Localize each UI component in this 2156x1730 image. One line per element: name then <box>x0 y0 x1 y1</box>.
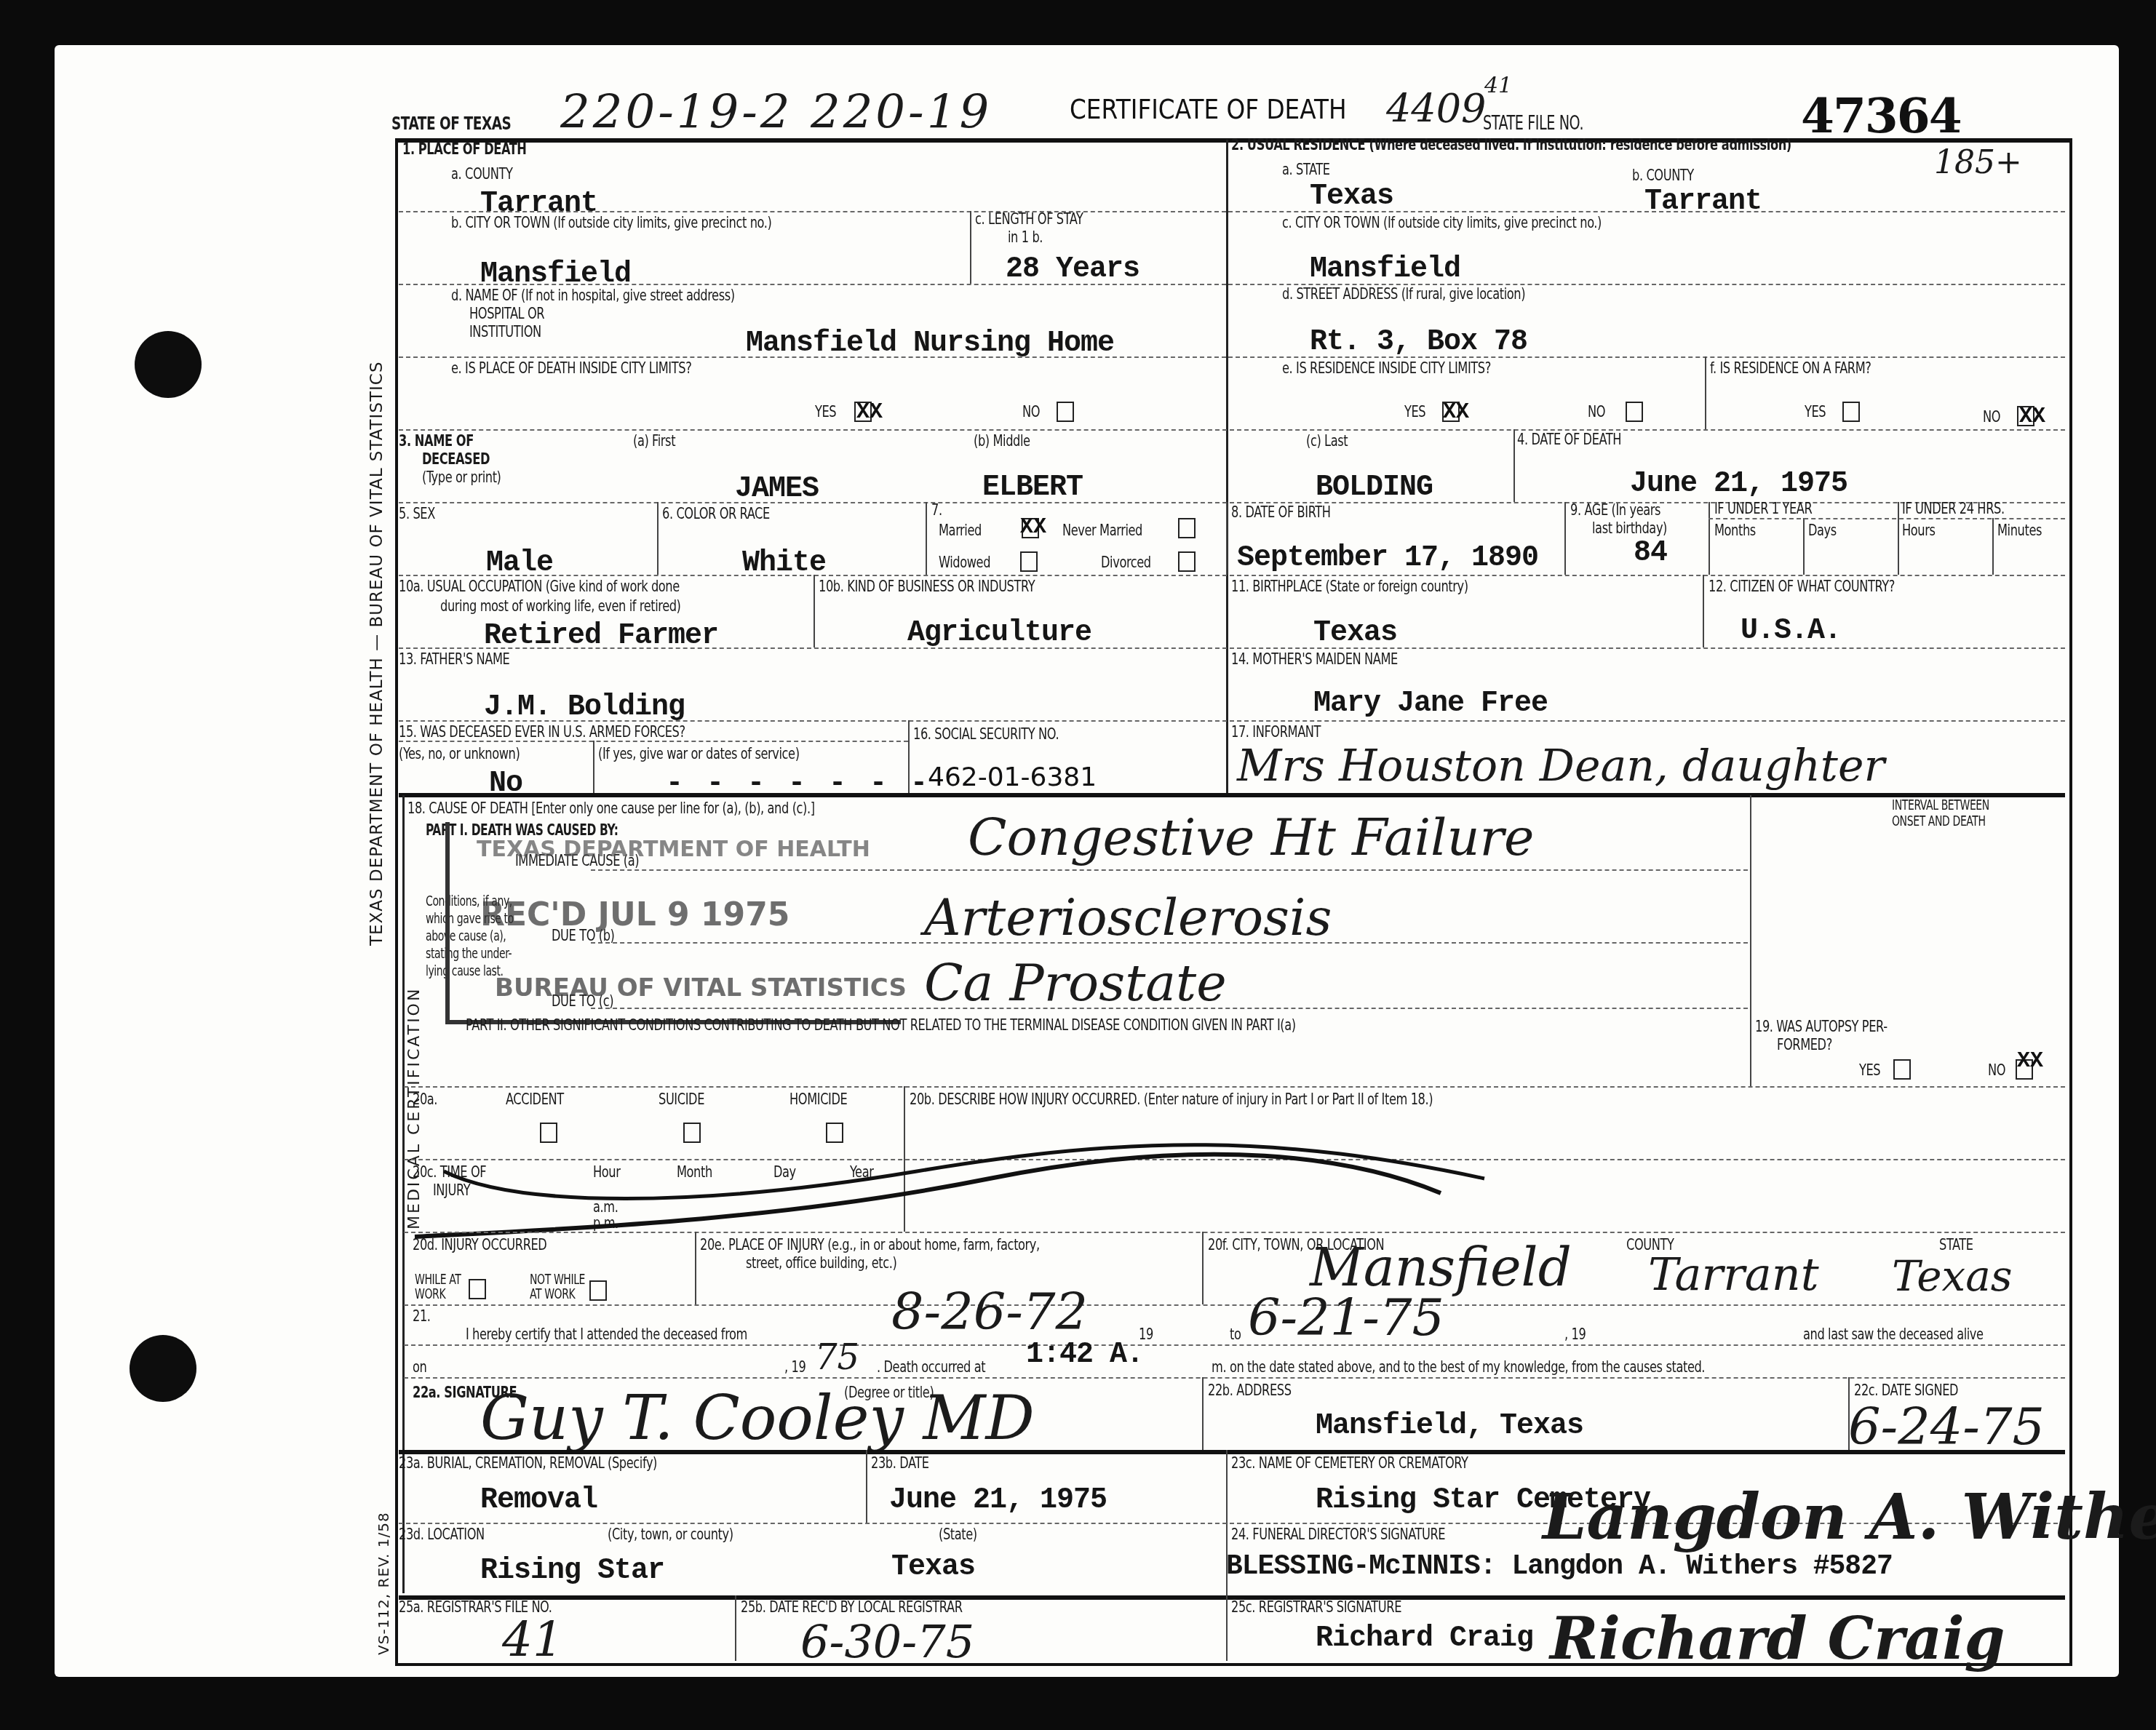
never-married-label: Never Married <box>1062 522 1142 539</box>
injury-strikethrough-strokes <box>407 1135 1863 1251</box>
homicide-label: HOMICIDE <box>789 1091 847 1108</box>
place-injury-label-2: street, office building, etc.) <box>746 1255 896 1272</box>
20a-label: 20a. <box>413 1091 437 1108</box>
place-of-death-section: 1. PLACE OF DEATH <box>402 141 526 158</box>
rule <box>404 1344 2065 1346</box>
location-label: 23d. LOCATION <box>399 1526 485 1543</box>
married-label: Married <box>939 522 982 539</box>
divider <box>735 1595 736 1661</box>
res-city-label: c. CITY OR TOWN (If outside city limits,… <box>1282 215 1602 231</box>
divider <box>657 502 659 575</box>
divider <box>1513 429 1515 502</box>
registrar-name: Richard Craig <box>1316 1622 1533 1655</box>
informant-label: 17. INFORMANT <box>1231 724 1321 741</box>
divider <box>814 575 815 647</box>
not-while-work-checkbox[interactable] <box>589 1280 607 1301</box>
minutes-label: Minutes <box>1997 522 2042 539</box>
never-married-checkbox[interactable] <box>1178 518 1196 538</box>
divorced-checkbox[interactable] <box>1178 551 1196 572</box>
middle-label: (b) Middle <box>974 433 1030 450</box>
county-label: a. COUNTY <box>451 166 513 183</box>
rule <box>399 741 908 742</box>
street-label: d. STREET ADDRESS (If rural, give locati… <box>1282 286 1525 303</box>
dob-label: 8. DATE OF BIRTH <box>1231 504 1331 521</box>
registrar-file-no: 41 <box>502 1611 563 1667</box>
divider <box>695 1232 696 1304</box>
rule <box>399 793 2065 797</box>
cert-line1: I hereby certify that I attended the dec… <box>466 1326 747 1343</box>
hospital-label: d. NAME OF (If not in hospital, give str… <box>451 287 735 304</box>
suicide-label: SUICIDE <box>659 1091 704 1108</box>
res-city: Mansfield <box>1310 253 1460 286</box>
date-of-birth: September 17, 1890 <box>1237 542 1538 575</box>
res-county-label: b. COUNTY <box>1632 167 1694 184</box>
marital-num: 7. <box>931 502 942 519</box>
state-file-number: 47364 <box>1801 87 1961 144</box>
state-file-label: STATE FILE NO. <box>1483 114 1583 134</box>
divider <box>1202 1232 1204 1304</box>
cemetery-label: 23c. NAME OF CEMETERY OR CREMATORY <box>1231 1455 1468 1472</box>
middle-name: ELBERT <box>982 471 1083 504</box>
location-city: Rising Star <box>480 1555 664 1587</box>
interval-label-2: ONSET AND DEATH <box>1892 815 1986 829</box>
divider <box>1750 795 1751 1086</box>
place-injury-label: 20e. PLACE OF INJURY (e.g., in or about … <box>700 1237 1040 1253</box>
divider <box>1226 140 1228 793</box>
citizenship: U.S.A. <box>1741 615 1841 647</box>
burial-date-label: 23b. DATE <box>871 1455 929 1472</box>
mother-label: 14. MOTHER'S MAIDEN NAME <box>1231 651 1398 668</box>
registrar-sig-label: 25c. REGISTRAR'S SIGNATURE <box>1231 1599 1401 1616</box>
while-work-label: WHILE AT WORK <box>415 1273 463 1302</box>
armed-forces-label: 15. WAS DECEASED EVER IN U.S. ARMED FORC… <box>399 724 685 741</box>
rule <box>404 1232 2065 1233</box>
age-label-2: last birthday) <box>1592 520 1667 537</box>
divider <box>866 1450 867 1523</box>
age: 84 <box>1634 537 1667 570</box>
rule <box>1709 518 2065 519</box>
first-label: (a) First <box>633 433 675 450</box>
on-year-hand: 75 <box>815 1337 859 1378</box>
stay-label-2: in 1 b. <box>1008 229 1043 246</box>
divider <box>1202 1377 1204 1450</box>
cause-c: Ca Prostate <box>924 953 1227 1013</box>
stamp-date: REC'D JUL 9 1975 <box>480 896 789 933</box>
yes-checkmark: XX <box>856 400 883 425</box>
rule <box>399 575 2065 576</box>
father-name: J.M. Bolding <box>484 691 685 724</box>
rule <box>399 356 1226 358</box>
divider <box>1705 356 1706 429</box>
divider <box>970 211 971 284</box>
residence-section: 2. USUAL RESIDENCE (Where deceased lived… <box>1231 137 1791 154</box>
hospital-name: Mansfield Nursing Home <box>746 327 1114 360</box>
age-label: 9. AGE (In years <box>1570 502 1660 519</box>
location-sub1: (City, town, or county) <box>608 1526 733 1543</box>
punch-hole <box>130 1335 196 1402</box>
funeral-director: BLESSING-McINNIS: Langdon A. Withers #58… <box>1226 1551 1893 1582</box>
citizen-label: 12. CITIZEN OF WHAT COUNTRY? <box>1709 578 1895 595</box>
last-saw-label: and last saw the deceased alive <box>1803 1326 1984 1343</box>
mother-maiden-name: Mary Jane Free <box>1313 687 1548 720</box>
divider <box>1709 502 1710 575</box>
divider <box>1992 518 1994 575</box>
birthplace: Texas <box>1313 617 1397 650</box>
res-yes-checkmark: XX <box>1443 400 1469 425</box>
father-label: 13. FATHER'S NAME <box>399 651 509 668</box>
cause-a: Congestive Ht Failure <box>968 808 1534 867</box>
rule <box>399 647 2065 649</box>
res-no-checkbox[interactable] <box>1626 402 1643 422</box>
divorced-label: Divorced <box>1101 554 1151 571</box>
punch-hole <box>135 331 202 398</box>
no-label: NO <box>1983 409 2000 426</box>
divider <box>1226 502 1228 575</box>
death-at-label: . Death occurred at <box>877 1359 985 1376</box>
interval-label: INTERVAL BETWEEN <box>1892 799 1989 813</box>
yes-label: YES <box>1859 1062 1880 1079</box>
to-label: to <box>1230 1326 1241 1343</box>
rule <box>399 720 2065 722</box>
rule <box>399 429 2065 431</box>
burial-date: June 21, 1975 <box>889 1484 1107 1517</box>
farm-yes-checkbox[interactable] <box>1842 402 1860 422</box>
yes-label: YES <box>1805 404 1826 420</box>
location-sub2: (State) <box>939 1526 977 1543</box>
medical-divider <box>402 795 405 1593</box>
married-checkmark: XX <box>1020 515 1046 540</box>
cause-label: 18. CAUSE OF DEATH [Enter only one cause… <box>407 800 815 817</box>
widowed-checkbox[interactable] <box>1020 551 1038 572</box>
handwritten-number: 4409 <box>1386 86 1486 132</box>
registrar-signature: Richard Craig <box>1550 1604 2005 1673</box>
divider <box>1898 502 1899 575</box>
ssn: 462-01-6381 <box>928 762 1097 792</box>
accident-label: ACCIDENT <box>506 1091 564 1108</box>
divider <box>593 741 594 793</box>
divider <box>1803 518 1805 575</box>
yes-label: YES <box>815 404 836 420</box>
agency-side-text: TEXAS DEPARTMENT OF HEALTH — BUREAU OF V… <box>367 362 386 946</box>
occupation-label-2: during most of working life, even if ret… <box>440 598 681 615</box>
last-label: (c) Last <box>1306 433 1348 450</box>
no-label: NO <box>1988 1062 2005 1079</box>
rule <box>1228 356 2065 358</box>
certificate-title: CERTIFICATE OF DEATH <box>1070 93 1347 125</box>
autopsy-label-2: FORMED? <box>1777 1037 1832 1053</box>
rule <box>1228 211 2065 212</box>
hospital-label-3: INSTITUTION <box>469 324 541 340</box>
on-year-label: , 19 <box>784 1359 805 1376</box>
part2-label: PART II. OTHER SIGNIFICANT CONDITIONS CO… <box>466 1017 1296 1034</box>
describe-label: 20b. DESCRIBE HOW INJURY OCCURRED. (Ente… <box>910 1091 1433 1108</box>
stay-label: c. LENGTH OF STAY <box>975 211 1083 228</box>
inside-limits-label: e. IS PLACE OF DEATH INSIDE CITY LIMITS? <box>451 360 691 377</box>
autopsy-label: 19. WAS AUTOPSY PER- <box>1755 1019 1888 1035</box>
date-signed: 6-24-75 <box>1848 1397 2045 1456</box>
yes-label: YES <box>1404 404 1425 420</box>
handwritten-superscript: 41 <box>1484 73 1512 98</box>
farm-no-checkmark: XX <box>2019 404 2045 429</box>
hours-label: Hours <box>1902 522 1936 539</box>
no-checkbox[interactable] <box>1057 402 1074 422</box>
time-of-death: 1:42 A. <box>1026 1339 1143 1371</box>
occupation-label: 10a. USUAL OCCUPATION (Give kind of work… <box>399 578 680 595</box>
on-label: on <box>413 1359 426 1376</box>
no-label: NO <box>1022 404 1040 420</box>
rule <box>404 1086 2065 1088</box>
stamp-line1: TEXAS DEPARTMENT OF HEALTH <box>477 837 870 862</box>
rule <box>399 211 1226 212</box>
form-number: VS-112, REV. 1/58 <box>375 1512 392 1655</box>
divider <box>926 502 927 575</box>
dod-label: 4. DATE OF DEATH <box>1517 431 1621 448</box>
name-label: 3. NAME OF <box>399 433 474 450</box>
physician-signature: Guy T. Cooley MD <box>480 1382 1035 1454</box>
res-state-label: a. STATE <box>1282 162 1330 178</box>
while-work-checkbox[interactable] <box>469 1279 486 1299</box>
autopsy-no-checkmark: XX <box>2017 1049 2043 1074</box>
location-state: Texas <box>891 1551 975 1584</box>
birthplace-label: 11. BIRTHPLACE (State or foreign country… <box>1231 578 1468 595</box>
ssn-label: 16. SOCIAL SECURITY NO. <box>913 726 1059 743</box>
cert-num: 21. <box>413 1308 431 1325</box>
injury-state-hand: Texas <box>1892 1251 2013 1301</box>
res-inside-limits-label: e. IS RESIDENCE INSIDE CITY LIMITS? <box>1282 360 1491 377</box>
industry: Agriculture <box>907 617 1091 650</box>
farm-label: f. IS RESIDENCE ON A FARM? <box>1710 360 1871 377</box>
res-county: Tarrant <box>1644 186 1762 218</box>
funeral-director-signature: Langdon A. Withers <box>1543 1480 2156 1554</box>
first-name: JAMES <box>735 473 819 506</box>
under-day-label: IF UNDER 24 HRS. <box>1902 501 2005 517</box>
registrar-date-label: 25b. DATE REC'D BY LOCAL REGISTRAR <box>741 1599 963 1616</box>
date-of-death: June 21, 1975 <box>1630 468 1847 501</box>
divider <box>1226 1595 1228 1661</box>
stamp-line3: BUREAU OF VITAL STATISTICS <box>495 973 907 1002</box>
armed-sub1: (Yes, no, or unknown) <box>399 746 520 762</box>
divider <box>1564 502 1566 575</box>
widowed-label: Widowed <box>939 554 990 571</box>
cause-b: Arteriosclerosis <box>924 888 1332 947</box>
hospital-label-2: HOSPITAL OR <box>469 306 544 322</box>
nineteen-label-2: , 19 <box>1564 1326 1586 1343</box>
city-label: b. CITY OR TOWN (If outside city limits,… <box>451 215 771 231</box>
physician-address: Mansfield, Texas <box>1316 1410 1583 1443</box>
burial-label: 23a. BURIAL, CREMATION, REMOVAL (Specify… <box>399 1455 657 1472</box>
autopsy-yes-checkbox[interactable] <box>1893 1059 1911 1080</box>
last-name: BOLDING <box>1316 471 1433 504</box>
days-label: Days <box>1808 522 1837 539</box>
occurred-label: 20d. INJURY OCCURRED <box>413 1237 546 1253</box>
armed-sub2: (If yes, give war or dates of service) <box>598 746 800 762</box>
length-of-stay: 28 Years <box>1006 253 1139 286</box>
registrar-date: 6-30-75 <box>800 1615 974 1668</box>
sex-label: 5. SEX <box>399 506 435 522</box>
race-label: 6. COLOR OR RACE <box>662 506 770 522</box>
divider <box>1703 575 1704 647</box>
months-label: Months <box>1714 522 1756 539</box>
name-label-2: DECEASED <box>422 451 490 468</box>
handwritten-codes: 220-19-2 220-19 <box>560 86 992 140</box>
res-state: Texas <box>1310 180 1393 213</box>
cert-line2-end: m. on the date stated above, and to the … <box>1212 1359 1705 1376</box>
rule <box>404 1304 2065 1306</box>
state-of-texas-label: STATE OF TEXAS <box>391 114 511 133</box>
name-label-3: (Type or print) <box>422 469 501 486</box>
injury-county-hand: Tarrant <box>1648 1248 1819 1301</box>
burial-method: Removal <box>480 1484 597 1517</box>
attended-from: 8-26-72 <box>891 1282 1088 1342</box>
no-label: NO <box>1588 404 1605 420</box>
rule <box>404 1377 2065 1379</box>
street-address: Rt. 3, Box 78 <box>1310 326 1527 359</box>
address-label: 22b. ADDRESS <box>1208 1382 1292 1399</box>
funeral-label: 24. FUNERAL DIRECTOR'S SIGNATURE <box>1231 1526 1445 1543</box>
not-while-work-label: NOT WHILE AT WORK <box>530 1273 589 1302</box>
industry-label: 10b. KIND OF BUSINESS OR INDUSTRY <box>819 578 1035 595</box>
rule <box>399 284 1226 285</box>
informant: Mrs Houston Dean, daughter <box>1237 741 1885 792</box>
under-year-label: IF UNDER 1 YEAR <box>1714 501 1812 517</box>
attended-to: 6-21-75 <box>1248 1288 1444 1347</box>
